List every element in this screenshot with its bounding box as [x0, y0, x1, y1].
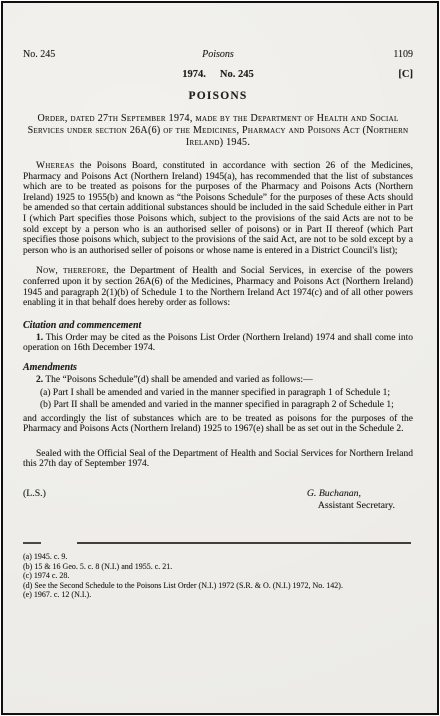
signatory-name: G. Buchanan, — [307, 488, 413, 499]
item-b-text: Part II shall be amended and varied in t… — [53, 400, 393, 410]
footnote-d: (d) See the Second Schedule to the Poiso… — [23, 581, 413, 591]
enacting-clause: Now, therefore, the Department of Health… — [23, 266, 413, 308]
footnote-rule-dash — [23, 542, 41, 544]
seal-mark: (L.S.) — [23, 488, 46, 499]
amendment-item-a: (a) Part I shall be amended and varied i… — [23, 388, 413, 399]
enacting-lead: Now, therefore, — [36, 266, 109, 276]
subject-heading: POISONS — [23, 90, 413, 102]
footnote-c: (c) 1974 c. 28. — [23, 571, 413, 581]
footnote-rule-line — [77, 542, 411, 544]
article-1-text: This Order may be cited as the Poisons L… — [23, 333, 413, 354]
article-2-closing: and accordingly the list of substances w… — [23, 414, 413, 435]
document-page: No. 245 Poisons 1109 1974.No. 245 [C] PO… — [3, 3, 437, 713]
citation-heading: Citation and commencement — [23, 320, 413, 331]
signatory-title: Assistant Secretary. — [318, 500, 413, 511]
footnotes: (a) 1945. c. 9. (b) 15 & 16 Geo. 5. c. 8… — [23, 552, 413, 600]
whereas-lead: Whereas — [36, 161, 74, 171]
sealing-clause: Sealed with the Official Seal of the Dep… — [23, 449, 413, 470]
article-2: 2. The “Poisons Schedule”(d) shall be am… — [23, 375, 413, 386]
instrument-number: No. 245 — [220, 69, 254, 80]
classification-mark: [C] — [398, 69, 413, 80]
amendment-item-b: (b) Part II shall be amended and varied … — [23, 400, 413, 411]
instrument-title-row: 1974.No. 245 [C] — [23, 69, 413, 80]
order-caption: Order, dated 27th September 1974, made b… — [23, 113, 413, 149]
running-title: Poisons — [202, 49, 234, 60]
serial-number: No. 245 — [23, 49, 202, 60]
article-2-text: The “Poisons Schedule”(d) shall be amend… — [43, 375, 312, 385]
article-1: 1. This Order may be cited as the Poison… — [23, 333, 413, 354]
whereas-text: the Poisons Board, constituted in accord… — [23, 161, 413, 256]
item-b-marker: (b) — [40, 400, 51, 410]
item-a-marker: (a) — [40, 388, 51, 398]
footnote-b: (b) 15 & 16 Geo. 5. c. 8 (N.I.) and 1955… — [23, 562, 413, 572]
page-number: 1109 — [234, 49, 413, 60]
footnote-a: (a) 1945. c. 9. — [23, 552, 413, 562]
footnote-rule — [23, 542, 413, 544]
signature-row: (L.S.) G. Buchanan, Assistant Secretary. — [23, 488, 413, 512]
page-frame: No. 245 Poisons 1109 1974.No. 245 [C] PO… — [1, 1, 439, 715]
amendments-heading: Amendments — [23, 362, 413, 373]
footnote-e: (e) 1967. c. 12 (N.I.). — [23, 590, 413, 600]
whereas-recital: Whereas the Poisons Board, constituted i… — [23, 161, 413, 256]
running-header: No. 245 Poisons 1109 — [23, 49, 413, 60]
item-a-text: Part I shall be amended and varied in th… — [53, 388, 390, 398]
instrument-year: 1974. — [182, 69, 206, 80]
signature-block: G. Buchanan, Assistant Secretary. — [307, 488, 413, 512]
